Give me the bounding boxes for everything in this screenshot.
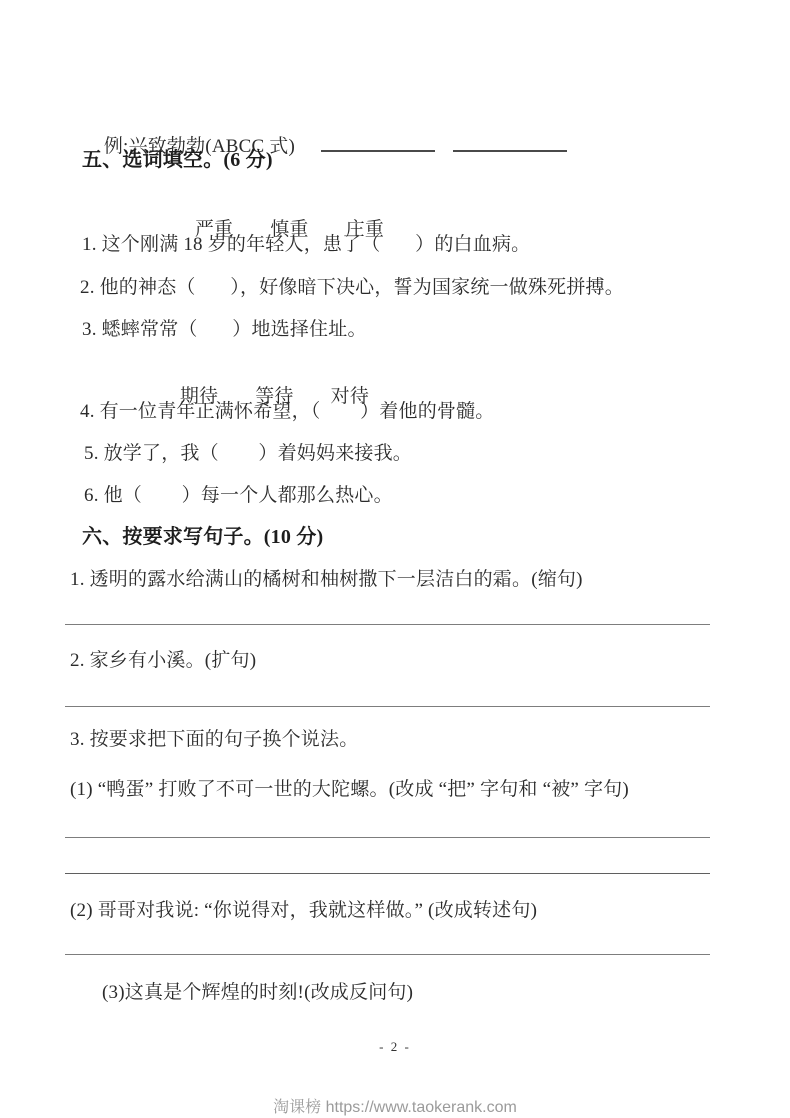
- answer-line-2: [65, 706, 710, 707]
- example-blank-1: [321, 133, 435, 152]
- answer-line-4: [65, 873, 710, 874]
- five-question-5: 5. 放学了，我（ ）着妈妈来接我。: [84, 441, 412, 467]
- five-question-3: 3. 蟋蟀常常（ ）地选择住址。: [82, 317, 367, 343]
- answer-line-5: [65, 954, 710, 955]
- section-five-heading: 五、选词填空。(6 分): [82, 147, 273, 173]
- six-question-3-2: (2) 哥哥对我说: “你说得对，我就这样做。” (改成转述句): [70, 898, 537, 924]
- test-paper-page: 例:兴致勃勃(ABCC 式) 五、选词填空。(6 分) 严重慎重庄重 1. 这个…: [0, 0, 790, 1118]
- answer-line-1: [65, 624, 710, 625]
- footer-watermark: 淘课榜 https://www.taokerank.com: [0, 1094, 790, 1117]
- answer-line-3: [65, 837, 710, 838]
- six-question-3-1: (1) “鸭蛋” 打败了不可一世的大陀螺。(改成 “把” 字句和 “被” 字句): [70, 777, 629, 803]
- section-six-heading: 六、按要求写句子。(10 分): [82, 524, 323, 550]
- five-question-1: 1. 这个刚满 18 岁的年轻人，患了（ ）的白血病。: [82, 232, 530, 258]
- six-question-2: 2. 家乡有小溪。(扩句): [70, 648, 256, 674]
- six-question-3-3: (3)这真是个辉煌的时刻!(改成反问句): [102, 980, 413, 1006]
- page-number: - 2 -: [0, 1039, 790, 1055]
- five-question-2: 2. 他的神态（ ），好像暗下决心，誓为国家统一做殊死拼搏。: [80, 275, 624, 301]
- five-question-6: 6. 他（ ）每一个人都那么热心。: [84, 483, 393, 509]
- six-question-3: 3. 按要求把下面的句子换个说法。: [70, 727, 358, 753]
- example-blank-2: [453, 133, 567, 152]
- six-question-1: 1. 透明的露水给满山的橘树和柚树撒下一层洁白的霜。(缩句): [70, 567, 583, 593]
- five-question-4: 4. 有一位青年正满怀希望，（ ）着他的骨髓。: [80, 399, 495, 425]
